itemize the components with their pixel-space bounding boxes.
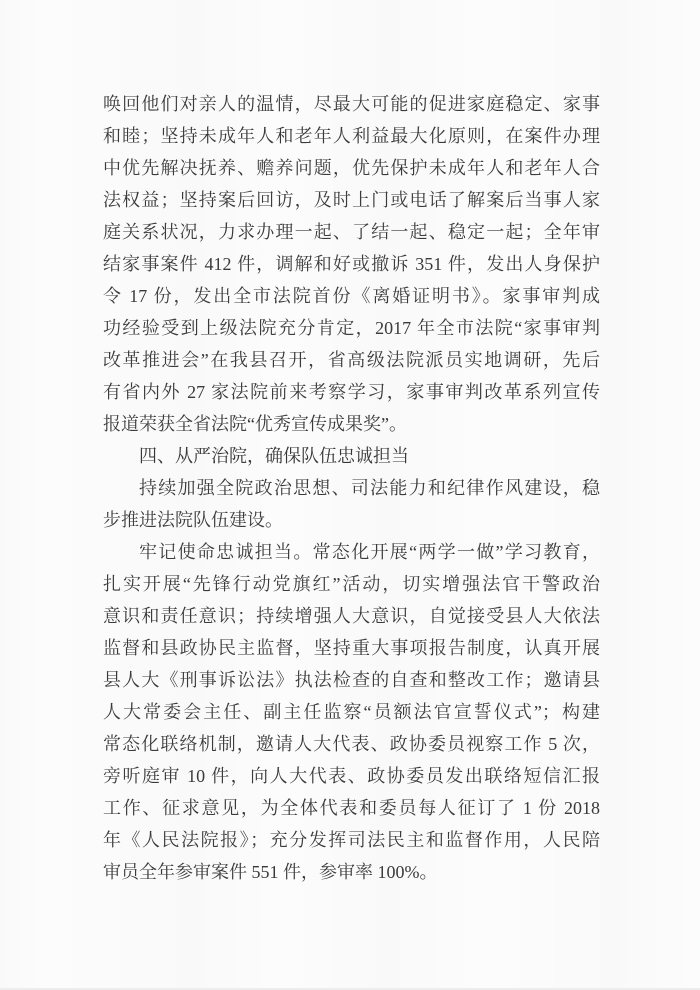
text-line: 扎实开展“先锋行动党旗红”活动，切实增强法官干警政治 <box>103 568 600 600</box>
text-line: 常态化联络机制，邀请人大代表、政协委员视察工作 5 次， <box>103 728 600 760</box>
text-line: 牢记使命忠诚担当。常态化开展“两学一做”学习教育， <box>103 536 600 568</box>
text-line: 中优先解决抚养、赡养问题，优先保护未成年人和老年人合 <box>103 152 600 184</box>
text-line: 结家事案件 412 件，调解和好或撤诉 351 件，发出人身保护 <box>103 248 600 280</box>
text-line: 令 17 份，发出全市法院首份《离婚证明书》。家事审判成 <box>103 280 600 312</box>
text-line: 功经验受到上级法院充分肯定，2017 年全市法院“家事审判 <box>103 312 600 344</box>
text-line: 工作、征求意见，为全体代表和委员每人征订了 1 份 2018 <box>103 792 600 824</box>
document-page: 唤回他们对亲人的温情，尽最大可能的促进家庭稳定、家事 和睦；坚持未成年人和老年人… <box>0 0 700 990</box>
text-line: 法权益；坚持案后回访，及时上门或电话了解案后当事人家 <box>103 184 600 216</box>
text-line: 审员全年参审案件 551 件，参审率 100%。 <box>103 856 600 888</box>
text-line: 人大常委会主任、副主任监察“员额法官宣誓仪式”；构建 <box>103 696 600 728</box>
text-line: 有省内外 27 家法院前来考察学习，家事审判改革系列宣传 <box>103 376 600 408</box>
section-heading-discipline: 四、从严治院，确保队伍忠诚担当 <box>103 440 600 472</box>
text-line: 县人大《刑事诉讼法》执法检查的自查和整改工作；邀请县 <box>103 664 600 696</box>
paragraph-team-building-intro: 持续加强全院政治思想、司法能力和纪律作风建设，稳 步推进法院队伍建设。 <box>103 472 600 536</box>
text-line: 持续加强全院政治思想、司法能力和纪律作风建设，稳 <box>103 472 600 504</box>
text-line: 唤回他们对亲人的温情，尽最大可能的促进家庭稳定、家事 <box>103 88 600 120</box>
text-line: 庭关系状况，力求办理一起、了结一起、稳定一起；全年审 <box>103 216 600 248</box>
text-line: 步推进法院队伍建设。 <box>103 504 600 536</box>
report-text-block: 唤回他们对亲人的温情，尽最大可能的促进家庭稳定、家事 和睦；坚持未成年人和老年人… <box>103 88 600 888</box>
text-line: 和睦；坚持未成年人和老年人利益最大化原则，在案件办理 <box>103 120 600 152</box>
text-line: 旁听庭审 10 件，向人大代表、政协委员发出联络短信汇报 <box>103 760 600 792</box>
section-heading-line: 四、从严治院，确保队伍忠诚担当 <box>103 440 600 472</box>
paragraph-loyalty-duty: 牢记使命忠诚担当。常态化开展“两学一做”学习教育， 扎实开展“先锋行动党旗红”活… <box>103 536 600 888</box>
paragraph-family-trial: 唤回他们对亲人的温情，尽最大可能的促进家庭稳定、家事 和睦；坚持未成年人和老年人… <box>103 88 600 440</box>
text-line: 意识和责任意识；持续增强人大意识，自觉接受县人大依法 <box>103 600 600 632</box>
text-line: 报道荣获全省法院“优秀宣传成果奖”。 <box>103 408 600 440</box>
text-line: 改革推进会”在我县召开，省高级法院派员实地调研，先后 <box>103 344 600 376</box>
text-line: 年《人民法院报》；充分发挥司法民主和监督作用，人民陪 <box>103 824 600 856</box>
text-line: 监督和县政协民主监督，坚持重大事项报告制度，认真开展 <box>103 632 600 664</box>
